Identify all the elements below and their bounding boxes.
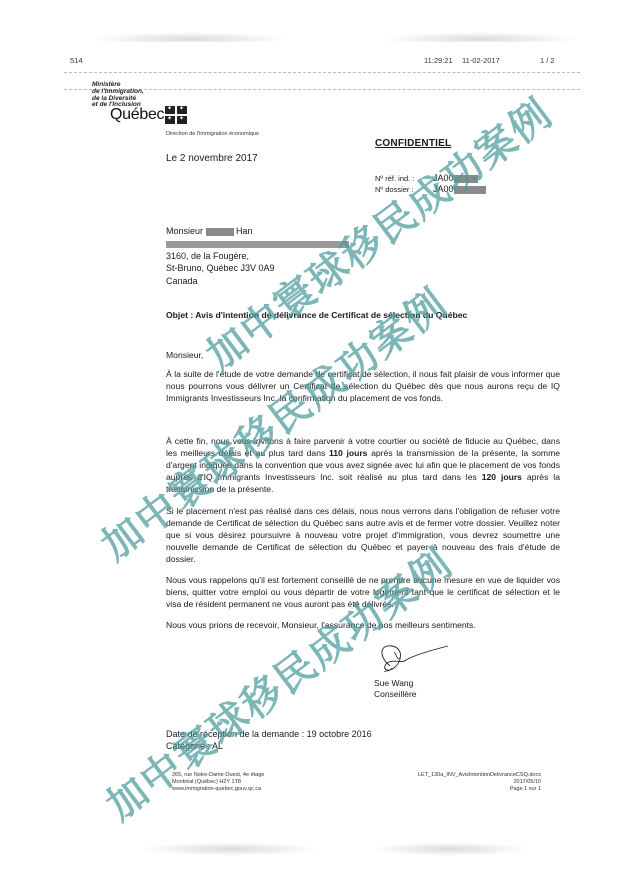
- fax-date: 11-02-2017: [462, 56, 500, 65]
- divider: [64, 72, 580, 73]
- page-shadow: [370, 842, 530, 856]
- greeting: Monsieur,: [166, 350, 203, 360]
- paragraph: Si le placement n'est pas réalisé dans c…: [166, 505, 560, 565]
- fax-time: 11:29:21: [424, 56, 453, 65]
- department-name: Direction de l'immigration économique: [166, 131, 259, 137]
- redaction: [454, 186, 486, 194]
- quebec-wordmark: Québec: [110, 106, 164, 124]
- confidential-label: CONFIDENTIEL: [375, 138, 451, 149]
- reference-dossier: Nº dossier :JA00: [375, 184, 486, 194]
- fax-page: 1 / 2: [540, 56, 555, 65]
- footer-document-ref: LET_130a_INV_AvisIntentionDelivranceCSQ.…: [400, 772, 541, 793]
- signatory: Sue Wang Conseillère: [374, 678, 417, 700]
- letter-subject: Objet : Avis d'intention de délivrance d…: [166, 310, 467, 320]
- letter-date: Le 2 novembre 2017: [166, 153, 258, 164]
- paragraph: À la suite de l'étude de votre demande d…: [166, 368, 560, 404]
- paragraph: À cette fin, nous vous invitons à faire …: [166, 435, 560, 495]
- signature: [372, 642, 452, 682]
- recipient-address: Monsieur Han 3160, de la Fougère, St-Bru…: [166, 225, 349, 287]
- redaction: [166, 241, 349, 248]
- paragraph: Nous vous rappelons qu'il est fortement …: [166, 574, 560, 610]
- page-shadow: [140, 842, 320, 856]
- redaction: [454, 175, 478, 183]
- application-info: Date de réception de la demande : 19 oct…: [166, 728, 372, 752]
- paragraph: Nous vous prions de recevoir, Monsieur, …: [166, 619, 560, 631]
- fleurdelise-flag-icon: [165, 106, 187, 124]
- fax-sender-id: 514: [70, 56, 83, 65]
- footer-address: 265, rue Notre-Dame Ouest, 4e étage Mont…: [172, 772, 264, 793]
- redaction: [206, 228, 234, 236]
- reference-individual: Nº réf. ind. :JA00: [375, 173, 478, 183]
